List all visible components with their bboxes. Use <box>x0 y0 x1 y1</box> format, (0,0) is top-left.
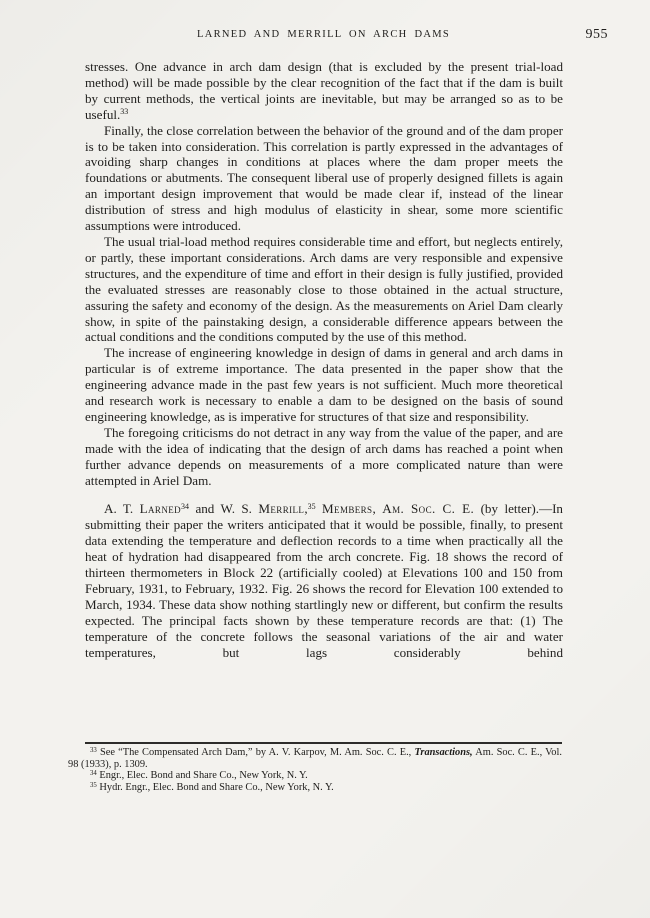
text-segment: Finally, the close correlation between t… <box>85 123 563 233</box>
text-segment: Engr., Elec. Bond and Share Co., New Yor… <box>97 770 308 781</box>
footnote-marker: 34 <box>181 502 189 511</box>
small-caps-name: Members, Am. Soc. C. E. <box>322 501 474 516</box>
footnote: 35 Hydr. Engr., Elec. Bond and Share Co.… <box>68 782 562 794</box>
text-segment: Hydr. Engr., Elec. Bond and Share Co., N… <box>97 782 334 793</box>
text-segment: The usual trial-load method requires con… <box>85 234 563 344</box>
footnote-marker: 35 <box>308 502 316 511</box>
paragraph: A. T. Larned34 and W. S. Merrill,35 Memb… <box>85 501 563 660</box>
document-page: LARNED AND MERRILL ON ARCH DAMS 955 stre… <box>0 0 650 918</box>
running-title: LARNED AND MERRILL ON ARCH DAMS <box>85 29 562 40</box>
text-segment: See “The Compensated Arch Dam,” by A. V.… <box>97 747 415 758</box>
text-segment: and W. S. <box>189 501 258 516</box>
footnote-marker: 34 <box>90 770 97 777</box>
page-header: LARNED AND MERRILL ON ARCH DAMS 955 <box>85 27 608 43</box>
footnote-divider <box>85 742 562 744</box>
page-number: 955 <box>586 27 609 43</box>
text-segment: The foregoing criticisms do not detract … <box>85 425 563 488</box>
text-segment: A. T. <box>104 501 140 516</box>
paragraph: stresses. One advance in arch dam design… <box>85 59 563 123</box>
footnote-marker: 33 <box>120 107 128 116</box>
text-segment: stresses. One advance in arch dam design… <box>85 59 563 122</box>
paragraph: The increase of engineering knowledge in… <box>85 345 563 425</box>
paragraph: The foregoing criticisms do not detract … <box>85 425 563 489</box>
paragraph: The usual trial-load method requires con… <box>85 234 563 345</box>
footnote: 33 See “The Compensated Arch Dam,” by A.… <box>68 747 562 770</box>
footnote-marker: 35 <box>90 782 97 789</box>
footnotes: 33 See “The Compensated Arch Dam,” by A.… <box>68 747 562 794</box>
footnote: 34 Engr., Elec. Bond and Share Co., New … <box>68 770 562 782</box>
paragraph: Finally, the close correlation between t… <box>85 123 563 234</box>
body-text: stresses. One advance in arch dam design… <box>85 59 563 661</box>
text-segment: The increase of engineering knowledge in… <box>85 345 563 424</box>
text-segment: (by letter).—In submitting their paper t… <box>85 501 563 659</box>
footnote-marker: 33 <box>90 747 97 754</box>
italic-publication-title: Transactions, <box>414 747 472 758</box>
small-caps-name: Larned <box>140 501 181 516</box>
small-caps-name: Merrill <box>258 501 304 516</box>
